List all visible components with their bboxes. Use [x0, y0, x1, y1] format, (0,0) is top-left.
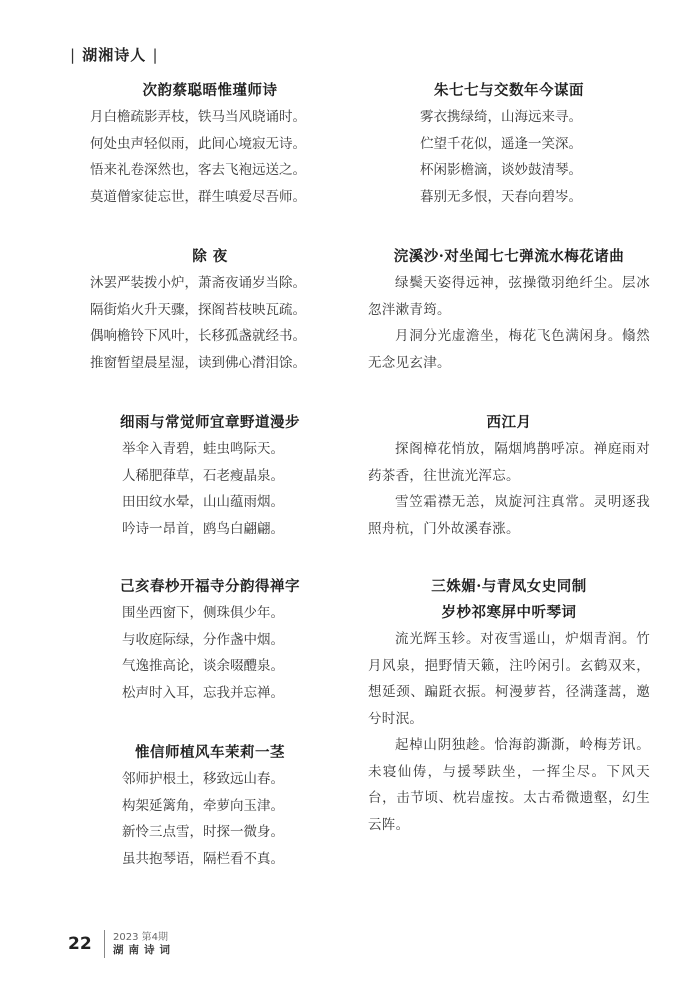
verse-line: 偶响檐铃下风叶，长移孤盏就经书。	[90, 323, 350, 350]
verse-line: 举伞入青碧，蛙虫鸣际天。	[122, 436, 350, 463]
poem-title: 惟信师植风车茉莉一茎	[70, 740, 350, 766]
ci-poem: 三姝媚·与青凤女史同制 岁杪祁寒屏中听琴词 流光辉玉轸。对夜雪遥山，炉烟青润。竹…	[368, 574, 650, 838]
ci-paragraph: 绿鬓天姿得远神，弦操徵羽绝纤尘。层冰忽泮漱青筠。	[368, 270, 650, 323]
verse-line: 隔街焰火升天骤，探阁苔枝映瓦疏。	[90, 297, 350, 324]
poem: 次韵蔡聪晤惟瑾师诗 月白檐疏影弄枝，铁马当风晓诵时。 何处虫声轻似雨，此间心境寂…	[70, 78, 350, 210]
page-footer: 22 2023 第4期 湖南诗词	[68, 930, 175, 958]
verse-line: 虽共抱琴语，隔栏看不真。	[122, 846, 350, 873]
poem-title: 细雨与常觉师宜章野道漫步	[70, 410, 350, 436]
page-number: 22	[68, 934, 98, 954]
poem: 朱七七与交数年今谋面 雾衣携绿绮，山海远来寻。 伫望千花似，遥逢一笑深。 杯闲影…	[368, 78, 650, 210]
tag-bar-left: |	[70, 46, 76, 64]
tag-bar-right: |	[153, 46, 159, 64]
ci-paragraph: 起棹山阴独趁。恰海韵澌澌，岭梅芳讯。未寝仙俦，与援琴趺坐，一挥尘尽。下风天台，击…	[368, 732, 650, 838]
section-tag-label: 湖湘诗人	[82, 46, 146, 64]
ci-paragraph: 探阁樟花悄放，隔烟鸠鹊呼凉。禅庭雨对药茶香，往世流光浑忘。	[368, 436, 650, 489]
poem-subtitle: 岁杪祁寒屏中听琴词	[368, 600, 650, 626]
verse-line: 围坐西窗下，侧珠俱少年。	[122, 600, 350, 627]
poem-title: 浣溪沙·对坐闻七七弹流水梅花诸曲	[368, 244, 650, 270]
ci-poem: 西江月 探阁樟花悄放，隔烟鸠鹊呼凉。禅庭雨对药茶香，往世流光浑忘。 雪笠霜襟无恙…	[368, 410, 650, 542]
section-tag: | 湖湘诗人 |	[70, 44, 159, 65]
verse-line: 与收庭际绿，分作盏中烟。	[122, 627, 350, 654]
verse-line: 吟诗一昂首，鸥鸟白翩翩。	[122, 516, 350, 543]
verse-line: 伫望千花似，遥逢一笑深。	[420, 131, 650, 158]
verse-line: 气逸推高论，谈余啜醴泉。	[122, 653, 350, 680]
verse-line: 田田纹水晕，山山蕴雨烟。	[122, 489, 350, 516]
poem-title: 次韵蔡聪晤惟瑾师诗	[70, 78, 350, 104]
verse-line: 悟来礼卷深然也，客去飞袍远送之。	[90, 157, 350, 184]
footer-meta: 2023 第4期 湖南诗词	[113, 931, 175, 957]
ci-poem: 浣溪沙·对坐闻七七弹流水梅花诸曲 绿鬓天姿得远神，弦操徵羽绝纤尘。层冰忽泮漱青筠…	[368, 244, 650, 376]
poem-title: 三姝媚·与青凤女史同制	[368, 574, 650, 600]
poem: 细雨与常觉师宜章野道漫步 举伞入青碧，蛙虫鸣际天。 人稀肥葎草，石老瘦晶泉。 田…	[70, 410, 350, 542]
issue-label: 2023 第4期	[113, 931, 175, 944]
verse-line: 沐罢严装拨小炉，萧斋夜诵岁当除。	[90, 270, 350, 297]
verse-line: 何处虫声轻似雨，此间心境寂无诗。	[90, 131, 350, 158]
verse-line: 推窗暂望晨星湿，读到佛心潸泪馀。	[90, 350, 350, 377]
verse-line: 邻师护根土，移致远山春。	[122, 766, 350, 793]
verse-line: 雾衣携绿绮，山海远来寻。	[420, 104, 650, 131]
poem: 己亥春杪开福寺分韵得禅字 围坐西窗下，侧珠俱少年。 与收庭际绿，分作盏中烟。 气…	[70, 574, 350, 706]
poem-title: 除 夜	[70, 244, 350, 270]
verse-line: 新怜三点雪，时探一微身。	[122, 819, 350, 846]
verse-line: 暮别无多恨，天春向碧岑。	[420, 184, 650, 211]
ci-paragraph: 流光辉玉轸。对夜雪遥山，炉烟青润。竹月风泉，挹野情天籁，注吟闲引。玄鹤双来，想延…	[368, 626, 650, 732]
verse-line: 杯闲影檐滴，谈妙鼓清琴。	[420, 157, 650, 184]
poem-title: 己亥春杪开福寺分韵得禅字	[70, 574, 350, 600]
verse-line: 月白檐疏影弄枝，铁马当风晓诵时。	[90, 104, 350, 131]
verse-line: 莫道僧家徒忘世，群生嗔爱尽吾师。	[90, 184, 350, 211]
footer-divider	[104, 930, 105, 958]
poem-title: 朱七七与交数年今谋面	[368, 78, 650, 104]
verse-line: 松声时入耳，忘我并忘禅。	[122, 680, 350, 707]
ci-paragraph: 月洞分光虚澹坐，梅花飞色满闲身。翛然无念见玄津。	[368, 323, 650, 376]
poem-title: 西江月	[368, 410, 650, 436]
verse-line: 人稀肥葎草，石老瘦晶泉。	[122, 463, 350, 490]
magazine-name: 湖南诗词	[113, 944, 175, 957]
poem: 惟信师植风车茉莉一茎 邻师护根土，移致远山春。 构架延篱角，牵萝向玉津。 新怜三…	[70, 740, 350, 872]
poem: 除 夜 沐罢严装拨小炉，萧斋夜诵岁当除。 隔街焰火升天骤，探阁苔枝映瓦疏。 偶响…	[70, 244, 350, 376]
verse-line: 构架延篱角，牵萝向玉津。	[122, 793, 350, 820]
ci-paragraph: 雪笠霜襟无恙，岚旋河注真常。灵明逐我照舟杭，门外故溪春涨。	[368, 489, 650, 542]
